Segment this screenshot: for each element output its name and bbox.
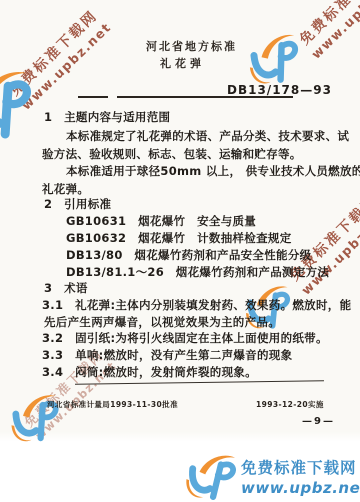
scanned-standard-page: 免费标准下载网 www.upbz.net 免费标准下载网 www.upbz.ne… [0,0,360,502]
standard-type-heading: 河北省地方标准 [146,38,237,54]
reference-standard: DB13/81.1～26 烟花爆竹药剂和产品测定方法 [66,264,329,280]
approval-note: 河北省标准计量局1993-11-30批准 [47,399,178,410]
body-line: 验方法、验收规则、标志、包装、运输和贮存等。 [42,146,302,162]
section-2-heading: 2 引用标准 [44,196,111,212]
brand-site-name: 免费标准下载网 [241,456,360,478]
watermark-site-url: www.upbz.net [295,0,360,75]
upbz-logo-icon [4,388,66,449]
header-rule-left [78,96,108,98]
upbz-logo-icon [183,452,239,500]
reference-standard: GB10632 烟花爆竹 计数抽样检查规定 [66,230,292,246]
term-definition: 3.2 固引纸:为将引火线固定在主体上面使用的纸带。 [42,330,328,346]
page-number: —9— [302,416,335,427]
brand-site-url: www.upbz.net [241,479,360,497]
brand-block: 免费标准下载网 www.upbz.net [241,456,360,497]
reference-standard: GB10631 烟花爆竹 安全与质量 [66,213,256,229]
section-3-heading: 3 术语 [44,280,88,296]
body-line: 本标准适用于球径50mm 以上， 供专业技术人员燃放的 [66,163,360,179]
term-definition: 3.3 单响:燃放时，没有产生第二声爆音的现象 [42,347,292,363]
upbz-logo-icon [241,29,306,90]
term-definition: 3.4 闷筒:燃放时，发射筒炸裂的现象。 [42,364,257,380]
term-definition: 先后产生两声爆音，以视觉效果为主的产品。 [44,314,280,330]
section-1-heading: 1 主题内容与适用范围 [44,109,170,125]
upbz-logo-icon [0,64,41,146]
term-definition: 3.1 礼花弹:主体内分别装填发射药、效果药。燃放时，能 [42,297,351,313]
body-line: 本标准规定了礼花弹的术语、产品分类、技术要求、试 [66,128,349,144]
footer-rule [75,380,324,385]
document-title: 礼花弹 [160,55,205,71]
standard-code: DB13/178—93 [227,83,332,97]
implementation-note: 1993-12-20实施 [256,399,324,410]
reference-standard: DB13/80 烟花爆竹药剂和产品安全性能分级 [66,247,311,263]
body-line: 礼花弹。 [42,181,89,197]
